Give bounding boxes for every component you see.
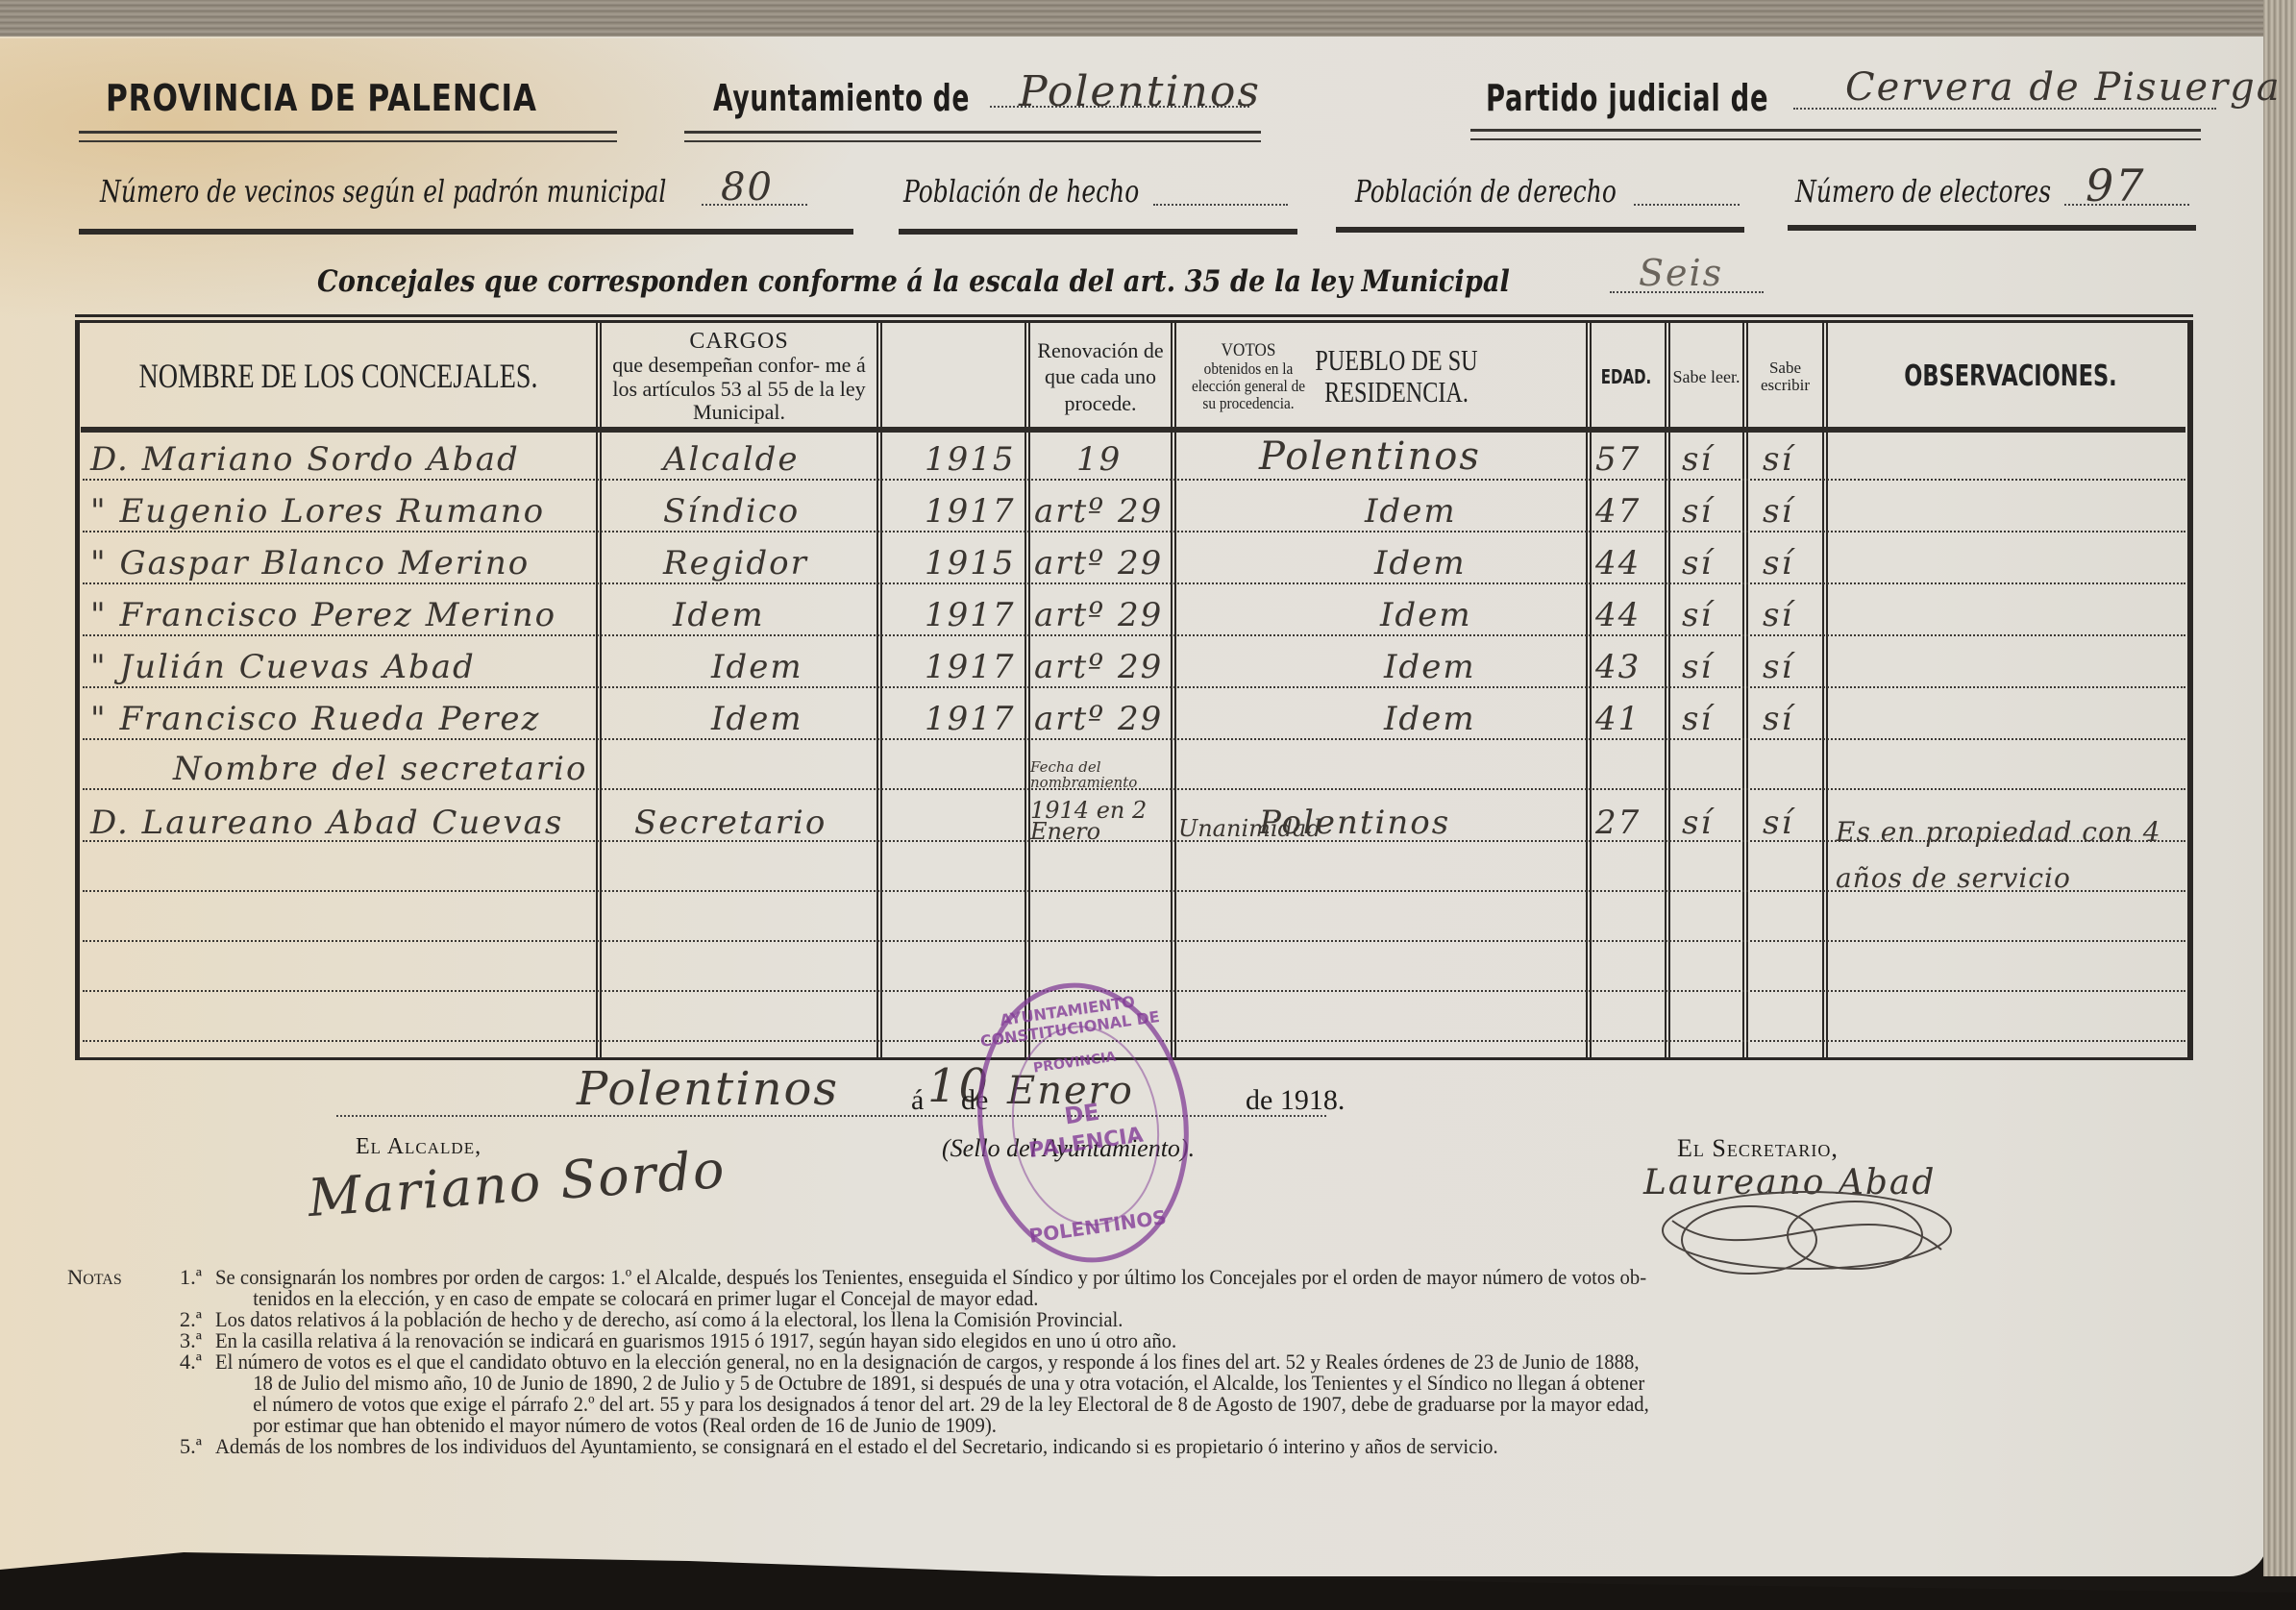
cell-escribir: sí [1763,798,1793,842]
ayuntamiento-value: Polentinos [1019,67,1261,116]
cell-edad: 27 [1595,798,1641,842]
cell-fecha-nombramiento-label: Fecha del nombramiento [1030,746,1165,790]
cell-nombre: " Francisco Rueda Perez [90,694,540,738]
cell-votos: artº 29 [1034,538,1163,582]
note-text: En la casilla relativa á la renovación s… [215,1330,2042,1351]
note-text: El número de votos es el que el candidat… [215,1351,2042,1373]
note-1: Notas 1.ª Se consignarán los nombres por… [67,1267,2201,1288]
table-top-rule [75,314,2193,317]
note-text: Además de los nombres de los individuos … [215,1436,2042,1457]
cell-escribir: sí [1763,642,1793,686]
cell-nombre: " Eugenio Lores Rumano [90,486,545,531]
cell-pueblo: Polentinos [1259,434,1481,479]
ayuntamiento-label: Ayuntamiento de [713,77,970,119]
cell-edad: 44 [1595,590,1641,634]
cell-nombre: " Julián Cuevas Abad [90,642,476,686]
header-observaciones: OBSERVACIONES. [1874,327,2148,427]
date-a-label: á [911,1084,924,1117]
header-sabe-leer: Sabe leer. [1670,327,1742,427]
vecinos-value: 80 [721,165,774,210]
cell-nombre: " Gaspar Blanco Merino [90,538,530,582]
cell-cargo: Regidor [663,538,808,582]
header-cargos: CARGOS que desempeñan confor- me á los a… [602,327,876,427]
cell-nombre-secretario-label: Nombre del secretario [173,744,588,788]
cell-renovacion: 1915 [925,434,1016,479]
note-number: 1.ª [144,1267,215,1288]
divider [79,229,853,235]
partido-value: Cervera de Pisuerga [1845,65,2282,110]
header-nombre: NOMBRE DE LOS CONCEJALES. [137,327,539,427]
divider [1788,225,2196,231]
divider [1470,129,2201,140]
cell-pueblo: Idem [1384,694,1476,738]
cell-escribir: sí [1763,486,1793,531]
header-pueblo: PUEBLO DE SU RESIDENCIA. [1248,327,1543,427]
note-number: 2.ª [144,1309,215,1330]
note-number: 4.ª [144,1351,215,1373]
cell-leer: sí [1682,694,1713,738]
cell-cargo: Idem [711,694,803,738]
date-year: de 1918. [1246,1084,1345,1117]
poblacion-hecho-field-line [1153,204,1288,206]
header-edad: EDAD. [1597,327,1655,427]
date-place: Polentinos [577,1062,839,1116]
note-text: Los datos relativos á la población de he… [215,1309,2042,1330]
divider [79,131,617,142]
header-cargos-sub: que desempeñan confor- me á los artículo… [606,354,872,424]
cell-escribir: sí [1763,434,1793,479]
note-3: 3.ª En la casilla relativa á la renovaci… [67,1330,2201,1351]
cell-cargo: Síndico [663,486,800,531]
cell-leer: sí [1682,434,1713,479]
note-text-cont: tenidos en la elección, y en caso de emp… [67,1288,2030,1309]
cell-votos: artº 29 [1034,486,1163,531]
cell-edad: 44 [1595,538,1641,582]
poblacion-derecho-field-line [1634,204,1740,206]
cell-cargo: Secretario [634,798,827,842]
cell-votos: artº 29 [1034,694,1163,738]
cell-leer: sí [1682,538,1713,582]
cell-pueblo: Idem [1374,538,1467,582]
concejales-value: Seis [1639,252,1723,294]
header-sabe-escribir: Sabe escribir [1748,327,1822,427]
electores-value: 97 [2086,160,2146,211]
cell-renovacion: 1917 [925,694,1016,738]
cell-renovacion: 1917 [925,642,1016,686]
cell-votos: artº 29 [1034,642,1163,686]
note-text-cont: el número de votos que exige el párrafo … [67,1394,2030,1415]
notes-section: Notas 1.ª Se consignarán los nombres por… [67,1267,2201,1457]
cell-leer: sí [1682,642,1713,686]
cell-renovacion: 1915 [925,538,1016,582]
book-right-edge [2263,0,2296,1576]
note-5: 5.ª Además de los nombres de los individ… [67,1436,2201,1457]
cell-renovacion: 1917 [925,486,1016,531]
book-top-edge [0,0,2296,37]
row-rule [83,582,2185,584]
cell-nombre: " Francisco Perez Merino [90,590,556,634]
cell-cargo: Alcalde [663,434,800,479]
cell-cargo: Idem [711,642,803,686]
note-2: 2.ª Los datos relativos á la población d… [67,1309,2201,1330]
cell-pueblo: Idem [1380,590,1472,634]
partido-label: Partido judicial de [1486,77,1768,119]
cell-leer: sí [1682,590,1713,634]
divider [899,229,1297,235]
note-text-cont: 18 de Julio del mismo año, 10 de Junio d… [67,1373,2030,1394]
cell-nombre: D. Laureano Abad Cuevas [90,798,563,842]
cell-renovacion: 1914 en 2 Enero [1030,798,1171,842]
concejales-label: Concejales que corresponden conforme á l… [317,264,1510,299]
cell-escribir: sí [1763,538,1793,582]
row-rule [83,634,2185,636]
note-number: 3.ª [144,1330,215,1351]
secretario-label: El Secretario, [1677,1134,1839,1163]
cell-pueblo: Polentinos [1259,798,1450,842]
header-bottom-rule [81,427,2185,433]
cell-pueblo: Idem [1384,642,1476,686]
divider [684,131,1261,142]
note-number: 5.ª [144,1436,215,1457]
cell-cargo: Idem [673,590,765,634]
header-renovacion: Renovación de que cada uno procede. [1030,327,1171,427]
row-rule [83,479,2185,481]
divider [1336,227,1744,233]
row-rule [83,738,2185,740]
province-title: PROVINCIA DE PALENCIA [106,77,537,119]
cell-renovacion: 1917 [925,590,1016,634]
electores-label: Número de electores [1795,173,2051,210]
cell-votos: 19 [1076,434,1122,479]
vecinos-label: Número de vecinos según el padrón munici… [100,173,666,210]
cell-nombre: D. Mariano Sordo Abad [90,434,520,479]
note-text: Se consignarán los nombres por orden de … [215,1267,2042,1288]
cell-leer: sí [1682,486,1713,531]
cell-votos: artº 29 [1034,590,1163,634]
row-rule [83,531,2185,533]
cell-observaciones: Es en propiedad con 4 años de servicio [1836,809,2182,902]
poblacion-hecho-label: Población de hecho [903,173,1139,210]
row-rule [83,686,2185,688]
note-4: 4.ª El número de votos es el que el cand… [67,1351,2201,1373]
cell-edad: 43 [1595,642,1641,686]
cell-edad: 57 [1595,434,1641,479]
poblacion-derecho-label: Población de derecho [1355,173,1617,210]
header-cargos-title: CARGOS [689,330,788,354]
cell-escribir: sí [1763,590,1793,634]
cell-edad: 47 [1595,486,1641,531]
cell-edad: 41 [1595,694,1641,738]
cell-escribir: sí [1763,694,1793,738]
row-rule [83,940,2185,942]
notes-label: Notas [67,1267,144,1288]
note-text-cont: por estimar que han obtenido el mayor nú… [67,1415,2030,1436]
cell-pueblo: Idem [1365,486,1457,531]
cell-leer: sí [1682,798,1713,842]
